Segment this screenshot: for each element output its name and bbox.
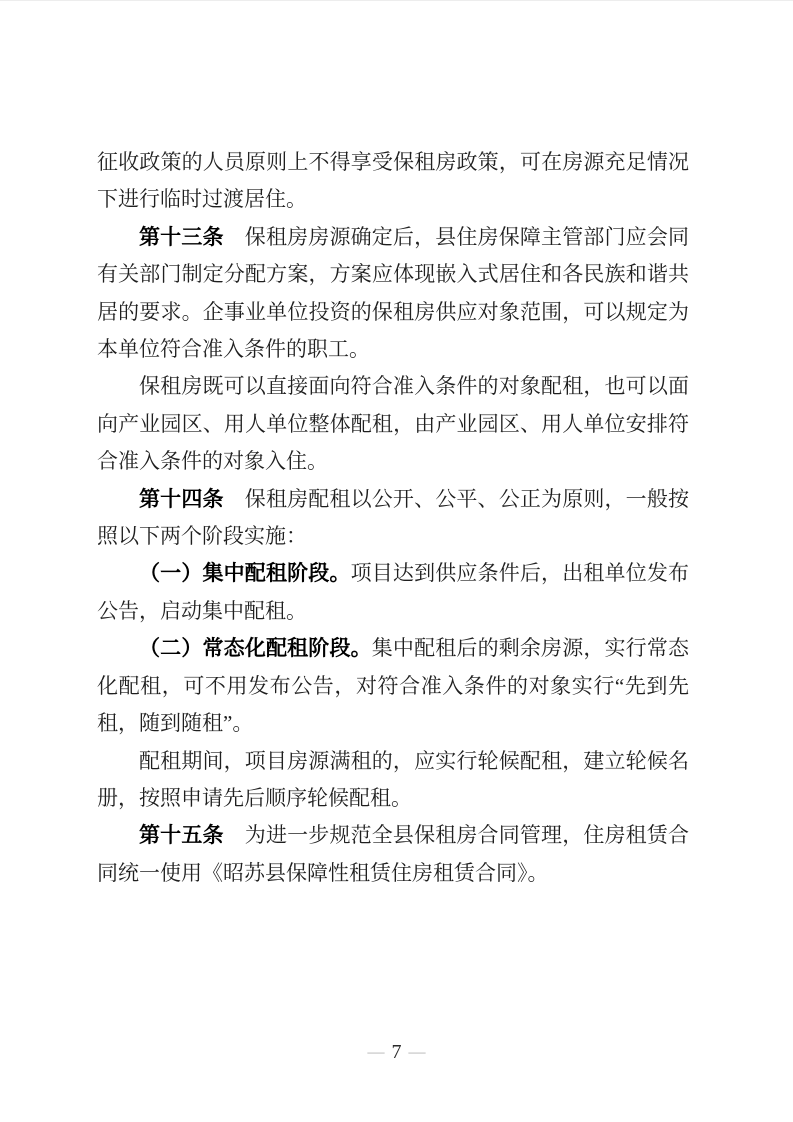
stage-two-heading: （二）常态化配租阶段。	[139, 636, 372, 660]
paragraph-stage-one: （一）集中配租阶段。项目达到供应条件后，出租单位发布公告，启动集中配租。	[97, 555, 689, 630]
paragraph-article-13: 第十三条 保租房房源确定后，县住房保障主管部门应会同有关部门制定分配方案，方案应…	[97, 219, 689, 369]
article-15-heading: 第十五条	[139, 823, 224, 847]
article-14-heading: 第十四条	[139, 487, 224, 511]
document-page: 征收政策的人员原则上不得享受保租房政策，可在房源充足情况下进行临时过渡居住。 第…	[0, 0, 793, 1122]
paragraph-waitlist: 配租期间，项目房源满租的，应实行轮候配租，建立轮候名册，按照申请先后顺序轮候配租…	[97, 743, 689, 818]
stage-one-heading: （一）集中配租阶段。	[139, 561, 351, 585]
paragraph-text: 配租期间，项目房源满租的，应实行轮候配租，建立轮候名册，按照申请先后顺序轮候配租…	[97, 749, 689, 810]
paragraph-allocation-channels: 保租房既可以直接面向符合准入条件的对象配租，也可以面向产业园区、用人单位整体配租…	[97, 368, 689, 480]
page-footer: —7—	[0, 1040, 793, 1065]
paragraph-stage-two: （二）常态化配租阶段。集中配租后的剩余房源，实行常态化配租，可不用发布公告，对符…	[97, 630, 689, 742]
footer-dash-left: —	[361, 1042, 392, 1061]
footer-dash-right: —	[402, 1042, 433, 1061]
paragraph-carryover: 征收政策的人员原则上不得享受保租房政策，可在房源充足情况下进行临时过渡居住。	[97, 144, 689, 219]
paragraph-text: 保租房既可以直接面向符合准入条件的对象配租，也可以面向产业园区、用人单位整体配租…	[97, 374, 689, 473]
paragraph-text: 征收政策的人员原则上不得享受保租房政策，可在房源充足情况下进行临时过渡居住。	[97, 150, 689, 211]
document-body: 征收政策的人员原则上不得享受保租房政策，可在房源充足情况下进行临时过渡居住。 第…	[97, 144, 689, 892]
article-13-heading: 第十三条	[139, 225, 224, 249]
page-number: 7	[392, 1041, 402, 1063]
paragraph-article-14: 第十四条 保租房配租以公开、公平、公正为原则，一般按照以下两个阶段实施：	[97, 481, 689, 556]
paragraph-article-15: 第十五条 为进一步规范全县保租房合同管理，住房租赁合同统一使用《昭苏县保障性租赁…	[97, 817, 689, 892]
